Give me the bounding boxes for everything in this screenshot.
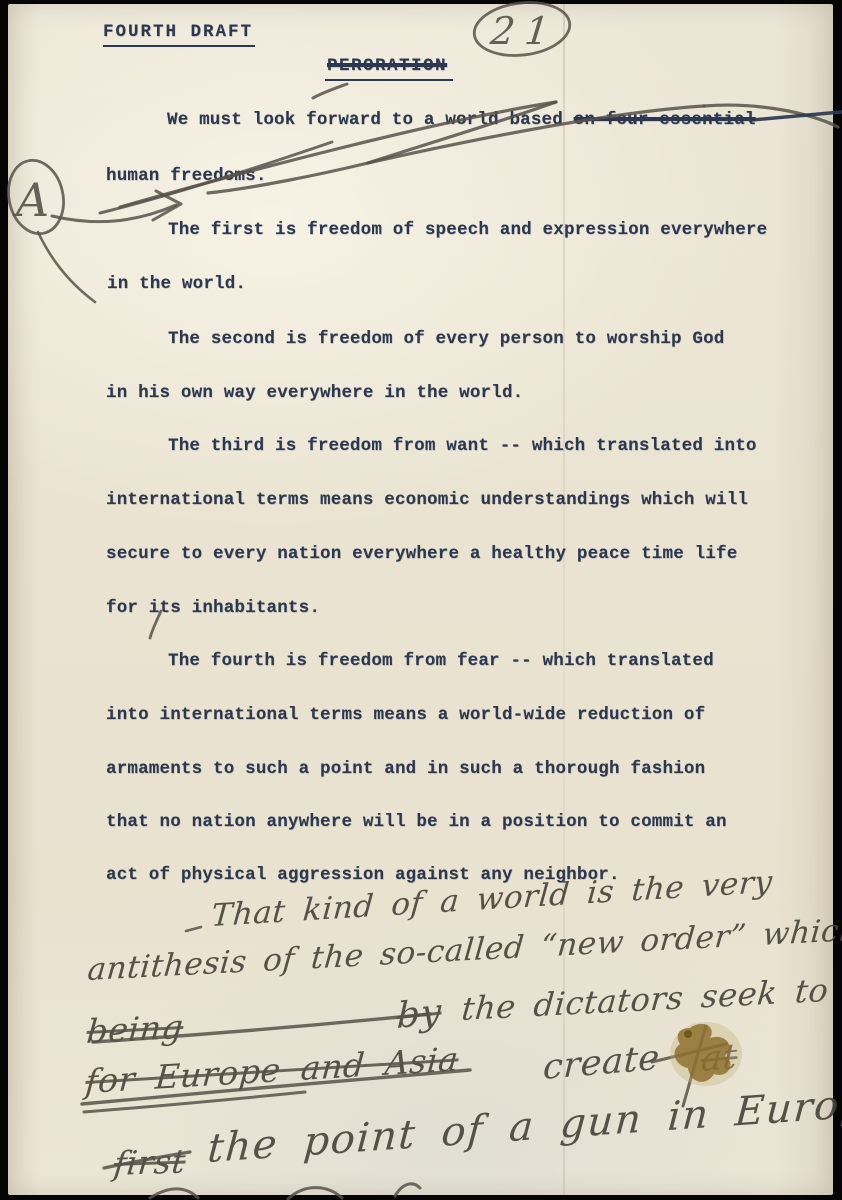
circled-letter-a: A bbox=[2, 155, 95, 302]
pencil-tick-inhabitants bbox=[150, 611, 161, 638]
bottom-cutoff-strokes bbox=[150, 1184, 420, 1199]
margin-letter-tail bbox=[38, 232, 95, 302]
pencil-dash bbox=[186, 927, 201, 931]
annotation-overlay: 21 A bbox=[0, 0, 842, 1200]
page-number: 21 bbox=[487, 9, 561, 53]
page-number-circle: 21 bbox=[471, 0, 573, 61]
margin-arrow bbox=[52, 191, 181, 222]
scanned-manuscript-page: FOURTH DRAFT PERORATION We must look for… bbox=[0, 0, 842, 1200]
pencil-tick-under-title bbox=[313, 84, 347, 98]
ink-stain bbox=[670, 1022, 742, 1086]
handwriting-strikethroughs bbox=[82, 1014, 726, 1168]
pencil-zigzag-scribble bbox=[100, 102, 838, 213]
margin-letter: A bbox=[12, 173, 49, 227]
